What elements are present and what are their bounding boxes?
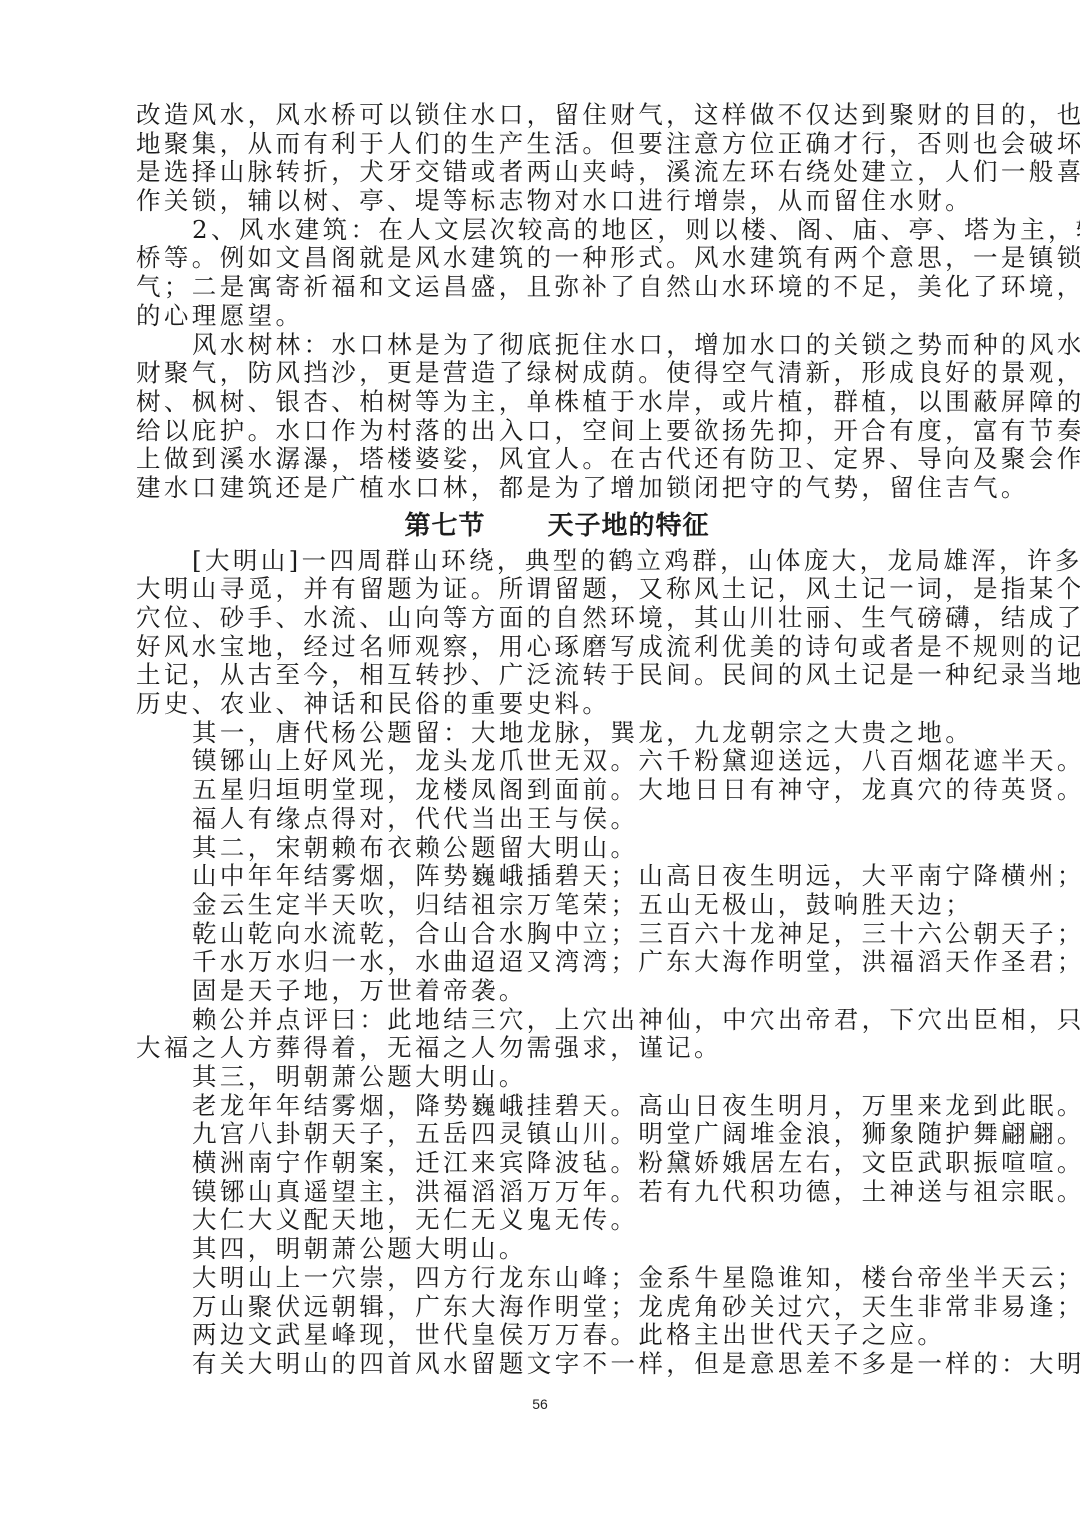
text-line: 气；二是寓寄祈福和文运昌盛，且弥补了自然山水环境的不足，美化了环境，满足了大众 [136, 273, 978, 302]
text-line: 其二，宋朝赖布衣赖公题留大明山。 [136, 834, 978, 863]
text-line: [大明山]一四周群山环绕，典型的鹤立鸡群，山体庞大，龙局雄浑，许多风水师都到 [136, 547, 978, 576]
text-line: 金云生定半天吹，归结祖宗万笔荣；五山无极山，鼓响胜天边； [136, 891, 978, 920]
text-line: 历史、农业、神话和民俗的重要史料。 [136, 690, 978, 719]
text-line: 两边文武星峰现，世代皇侯万万春。此格主出世代天子之应。 [136, 1321, 978, 1350]
text-line: 山中年年结雾烟，阵势巍峨插碧天；山高日夜生明远，大平南宁降横州； [136, 862, 978, 891]
text-line: 上做到溪水潺瀑，塔楼婆娑，风宜人。在古代还有防卫、定界、导向及聚会作用，不论修 [136, 445, 978, 474]
text-line: 福人有缘点得对，代代当出王与侯。 [136, 805, 978, 834]
text-line: 赖公并点评曰：此地结三穴，上穴出神仙，中穴出帝君，下穴出臣相，只有九代阴功 [136, 1006, 978, 1035]
text-line: 老龙年年结雾烟，降势巍峨挂碧天。高山日夜生明月，万里来龙到此眠。 [136, 1092, 978, 1121]
text-line: 其四，明朝萧公题大明山。 [136, 1235, 978, 1264]
text-line: 横洲南宁作朝案，迁江来宾降波毡。粉黛娇娥居左右，文臣武职振喧喧。 [136, 1149, 978, 1178]
text-line: 五星归垣明堂现，龙楼凤阁到面前。大地日日有神守，龙真穴的待英贤。 [136, 776, 978, 805]
text-line: 镆铘山上好风光，龙头龙爪世无双。六千粉黛迎送远，八百烟花遮半天。 [136, 747, 978, 776]
text-line: 地聚集，从而有利于人们的生产生活。但要注意方位正确才行，否则也会破坏风水，大多 [136, 130, 978, 159]
text-line: 万山聚伏远朝辑，广东大海作明堂；龙虎角砂关过穴，天生非常非易逢； [136, 1293, 978, 1322]
text-line: 大明山上一穴崇，四方行龙东山峰；金系牛星隐谁知，楼台帝坐半天云； [136, 1264, 978, 1293]
text-line: 大福之人方葬得着，无福之人勿需强求，谨记。 [136, 1034, 978, 1063]
section-heading: 第七节天子地的特征 [136, 505, 978, 547]
section-title: 天子地的特征 [548, 505, 710, 547]
text-line: 千水万水归一水，水曲迢迢又湾湾；广东大海作明堂，洪福滔天作圣君； [136, 948, 978, 977]
text-line: 的心理愿望。 [136, 302, 978, 331]
text-line: 镆铘山真遥望主，洪福滔滔万万年。若有九代积功德，土神送与祖宗眠。 [136, 1178, 978, 1207]
text-line: 其一，唐代杨公题留：大地龙脉，巽龙，九龙朝宗之大贵之地。 [136, 719, 978, 748]
text-line: 建水口建筑还是广植水口林，都是为了增加锁闭把守的气势，留住吉气。 [136, 474, 978, 503]
text-line: 树、枫树、银杏、柏树等为主，单株植于水岸，或片植，群植，以围蔽屏障的形式将村落 [136, 388, 978, 417]
text-line: 作关锁，辅以树、亭、堤等标志物对水口进行增崇，从而留住水财。 [136, 187, 978, 216]
section-number: 第七节 [404, 505, 485, 547]
text-line: 大仁大义配天地，无仁无义鬼无传。 [136, 1206, 978, 1235]
text-line: 固是天子地，万世着帝袭。 [136, 977, 978, 1006]
document-page: 改造风水，风水桥可以锁住水口，留住财气，这样做不仅达到聚财的目的，也将生气牢牢地… [136, 101, 978, 1379]
text-line: 好风水宝地，经过名师观察，用心琢磨写成流利优美的诗句或者是不规则的记载。这些风 [136, 633, 978, 662]
text-line: 九宫八卦朝天子，五岳四灵镇山川。明堂广阔堆金浪，狮象随护舞翩翩。 [136, 1120, 978, 1149]
text-line: 土记，从古至今，相互转抄、广泛流转于民间。民间的风土记是一种纪录当地文化、地理、 [136, 661, 978, 690]
text-block-before-heading: 改造风水，风水桥可以锁住水口，留住财气，这样做不仅达到聚财的目的，也将生气牢牢地… [136, 101, 978, 503]
text-line: 给以庇护。水口作为村落的出入口，空间上要欲扬先抑，开合有度，富有节奏韵律，景观 [136, 417, 978, 446]
text-line: 其三，明朝萧公题大明山。 [136, 1063, 978, 1092]
text-line: 改造风水，风水桥可以锁住水口，留住财气，这样做不仅达到聚财的目的，也将生气牢牢 [136, 101, 978, 130]
page-number: 56 [0, 1396, 1080, 1412]
text-line: 有关大明山的四首风水留题文字不一样，但是意思差不多是一样的：大明山上有“龙 [136, 1350, 978, 1379]
text-line: 2、风水建筑：在人文层次较高的地区，则以楼、阁、庙、亭、塔为主，辅以堤、树、 [136, 216, 978, 245]
text-line: 大明山寻觅，并有留题为证。所谓留题，又称风土记，风土记一词，是指某个地方的龙脉、 [136, 575, 978, 604]
text-line: 乾山乾向水流乾，合山合水胸中立；三百六十龙神足，三十六公朝天子； [136, 920, 978, 949]
text-line: 穴位、砂手、水流、山向等方面的自然环境，其山川壮丽、生气磅礴，结成了藏风聚气的 [136, 604, 978, 633]
text-line: 财聚气，防风挡沙，更是营造了绿树成荫。使得空气清新，形成良好的景观，其树多以樟 [136, 359, 978, 388]
text-line: 风水树林：水口林是为了彻底扼住水口，增加水口的关锁之势而种的风水树。不仅聚 [136, 331, 978, 360]
text-line: 桥等。例如文昌阁就是风水建筑的一种形式。风水建筑有两个意思，一是镇锁以利聚财聚 [136, 244, 978, 273]
text-line: 是选择山脉转折，犬牙交错或者两山夹峙，溪流左环右绕处建立，人们一般喜欢以桥为主 [136, 158, 978, 187]
text-block-after-heading: [大明山]一四周群山环绕，典型的鹤立鸡群，山体庞大，龙局雄浑，许多风水师都到大明… [136, 547, 978, 1379]
